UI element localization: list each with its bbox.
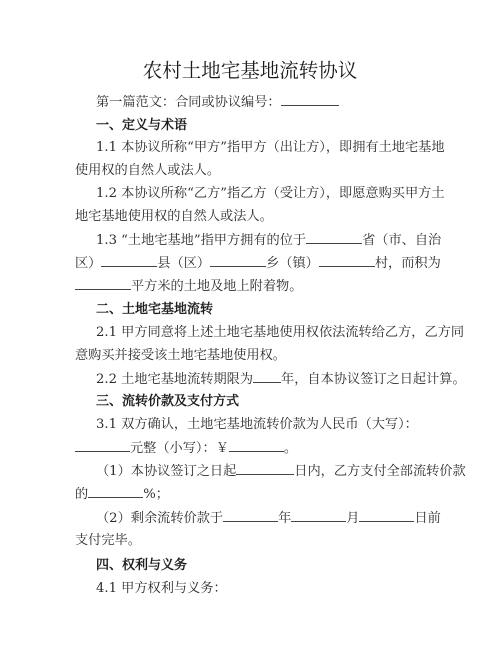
county-blank[interactable]	[101, 254, 157, 267]
clause-3-1-2-text-d: 日前	[414, 511, 440, 526]
clause-1-3-line2: 区）县（区）乡（镇）村，而积为	[75, 254, 420, 273]
area-blank[interactable]	[75, 277, 131, 290]
payment-percent-blank[interactable]	[88, 485, 143, 498]
clause-3-1-2-text-a: （2）剩余流转价款于	[96, 511, 223, 526]
document-title: 农村土地宅基地流转协议	[0, 58, 500, 84]
township-blank[interactable]	[210, 254, 266, 267]
village-blank[interactable]	[319, 254, 375, 267]
clause-3-1-2-line1: （2）剩余流转价款于年月日前	[96, 509, 420, 528]
section-heading-4: 四、权利与义务	[96, 557, 420, 575]
clause-1-2-line1: 1.2 本协议所称“乙方”指乙方（受让方），即愿意购买甲方土	[96, 185, 420, 203]
clause-1-3-text-c: 区）	[75, 256, 101, 271]
clause-3-1-line2: 元整（小写）：￥。	[75, 439, 420, 458]
remaining-month-blank[interactable]	[291, 509, 346, 522]
clause-3-1-2-text-c: 月	[346, 511, 359, 526]
clause-3-1-1-text-d: %；	[143, 487, 169, 502]
clause-1-3-text-f: 村，而积为	[375, 256, 441, 271]
clause-1-3-line1: 1.3 “土地宅基地”指甲方拥有的位于省（市、自治	[96, 231, 420, 250]
price-uppercase-blank[interactable]	[75, 439, 130, 452]
clause-3-1-2-line2: 支付完毕。	[75, 532, 420, 550]
contract-number-line: 第一篇范文：合同或协议编号：	[96, 93, 420, 112]
document-page: 农村土地宅基地流转协议 第一篇范文：合同或协议编号： 一、定义与术语 1.1 本…	[0, 0, 500, 647]
clause-1-1-line2: 使用权的自然人或法人。	[75, 162, 420, 180]
term-years-blank[interactable]	[253, 370, 281, 383]
clause-1-1-line1: 1.1 本协议所称“甲方”指甲方（出让方），即拥有土地宅基地	[96, 139, 420, 157]
clause-2-1-line2: 意购买并接受该土地宅基地使用权。	[75, 347, 420, 365]
section-heading-1: 一、定义与术语	[96, 117, 420, 135]
contract-number-label: 第一篇范文：合同或协议编号：	[96, 95, 281, 110]
section-heading-2: 二、土地宅基地流转	[96, 301, 420, 319]
clause-1-3-text-g: 平方米的土地及地上附着物。	[131, 279, 302, 294]
payment-days-blank[interactable]	[236, 462, 294, 475]
clause-4-1-line1: 4.1 甲方权利与义务：	[96, 580, 420, 598]
clause-2-2-line1: 2.2 土地宅基地流转期限为年，自本协议签订之日起计算。	[96, 370, 420, 389]
clause-3-1-1-line1: （1）本协议签订之日起日内，乙方支付全部流转价款	[96, 462, 420, 481]
clause-3-1-1-text-c: 的	[75, 487, 88, 502]
clause-1-2-line2: 地宅基地使用权的自然人或法人。	[75, 208, 420, 226]
contract-number-blank[interactable]	[281, 93, 339, 106]
clause-2-1-line1: 2.1 甲方同意将上述土地宅基地使用权依法流转给乙方，乙方同	[96, 324, 420, 342]
clause-1-3-text-d: 县（区）	[157, 256, 210, 271]
clause-1-3-text-e: 乡（镇）	[266, 256, 319, 271]
clause-2-2-text-b: 年，自本协议签订之日起计算。	[281, 372, 466, 387]
clause-3-1-1-line2: 的%；	[75, 485, 420, 504]
remaining-year-blank[interactable]	[223, 509, 278, 522]
remaining-day-blank[interactable]	[359, 509, 414, 522]
section-heading-3: 三、流转价款及支付方式	[96, 393, 420, 411]
clause-2-2-text-a: 2.2 土地宅基地流转期限为	[96, 372, 253, 387]
clause-3-1-1-text-b: 日内，乙方支付全部流转价款	[294, 464, 465, 479]
clause-1-3-line3: 平方米的土地及地上附着物。	[75, 277, 420, 296]
clause-3-1-text-c: 。	[284, 441, 297, 456]
clause-3-1-text-b: 元整（小写）：￥	[130, 441, 229, 456]
clause-1-3-text-b: 省（市、自治	[362, 233, 441, 248]
clause-3-1-2-text-b: 年	[278, 511, 291, 526]
clause-3-1-1-text-a: （1）本协议签订之日起	[96, 464, 236, 479]
province-blank[interactable]	[306, 231, 362, 244]
clause-1-3-text-a: 1.3 “土地宅基地”指甲方拥有的位于	[96, 233, 306, 248]
price-numeric-blank[interactable]	[229, 439, 284, 452]
clause-3-1-line1: 3.1 双方确认，土地宅基地流转价款为人民币（大写）：	[96, 416, 420, 434]
